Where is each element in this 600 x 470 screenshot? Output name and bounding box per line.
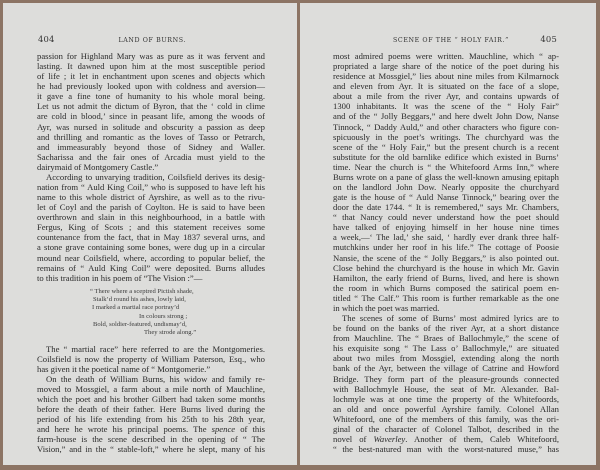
text-line: “ the best-natured man with the worst-na…: [333, 444, 559, 454]
text-line: with Ballochmyle House, the seat of Mr. …: [333, 384, 559, 394]
text-line: and of the “ Jolly Beggars,” and here dw…: [333, 111, 559, 121]
text-line: door the date 1744. “ It is remembered,”…: [333, 202, 559, 212]
text-line: an old and once powerful Ayrshire family…: [333, 404, 559, 414]
text-line: The scenes of some of Burns’ most admire…: [333, 313, 559, 323]
page-number: 404: [38, 34, 55, 44]
text-line: on the landlord John Dow. Nearly opposit…: [333, 182, 559, 192]
text-line: which the poet and his brother Gilbert h…: [37, 394, 265, 404]
text-line: his exquisite song “ The Lass o’ Balloch…: [333, 343, 559, 353]
text-line: and eleven from Ayr. It is situated on t…: [333, 81, 559, 91]
text-line: a stone grave containing some bones, wer…: [37, 242, 265, 252]
text-line: remains of “ Auld King Coil” were deposi…: [37, 263, 265, 273]
left-page: 404 LAND OF BURNS. passion for Highland …: [3, 3, 297, 465]
verse-line: Stalk’d round his ashes, lowly laid,: [37, 296, 265, 304]
text-line: about a mile from the river Ayr, and con…: [333, 91, 559, 101]
verse-line: I marked a martial race portray’d: [37, 304, 265, 312]
text-line: from Mauchline. The “ Braes of Ballochmy…: [333, 333, 559, 343]
italic-word: spence: [212, 424, 235, 434]
text-line: lochmyle was at one time the property of…: [333, 394, 559, 404]
text-line: of life ; it let in enchantment upon sce…: [37, 71, 265, 81]
text-line: residence at Mossgiel,” lies about nine …: [333, 71, 559, 81]
verse-line: They strode along.”: [37, 329, 265, 337]
text-block: The “ martial race” here referred to are…: [37, 344, 265, 455]
text-block: most admired poems were written. Mauchli…: [333, 51, 559, 454]
text-line: bank of the Ayr, between the village of …: [333, 363, 559, 373]
text-line: countenance from the fact, that in May 1…: [37, 232, 265, 242]
text-line: Tinnock, “ Daddy Auld,” and other charac…: [333, 122, 559, 132]
text-line: in which the poet was married.: [333, 303, 559, 313]
text-line: let of Coyl and the parish of Coylton. H…: [37, 202, 265, 212]
text-line: The “ martial race” here referred to are…: [37, 344, 265, 354]
text-line: Let us not admit the dictum of Byron, th…: [37, 101, 265, 111]
text-line: Close behind the churchyard is the house…: [333, 263, 559, 273]
text-line: he had previously looked upon with coldn…: [37, 81, 265, 91]
text-line: most admired poems were written. Mauchli…: [333, 51, 559, 61]
running-head: SCENE OF THE “ HOLY FAIR.”: [393, 37, 509, 44]
text-line: gate is the house of “ Auld Nanse Tinnoc…: [333, 192, 559, 202]
text-line: are cold in blood,’ since in peasant lif…: [37, 111, 265, 121]
text-line: Vision,” and in the “ stable-loft,” wher…: [37, 444, 265, 454]
text-line: On the death of William Burns, his widow…: [37, 374, 265, 384]
running-head: LAND OF BURNS.: [119, 37, 187, 44]
text-line: mutchkins under her roof in his life.” T…: [333, 242, 559, 252]
text-line: scene of the “ Holy Fair,” but the prese…: [333, 142, 559, 152]
text-block: passion for Highland Mary was as pure as…: [37, 51, 265, 283]
text-line: According to unvarying tradition, Coilsf…: [37, 172, 265, 182]
left-page-header: 404 LAND OF BURNS.: [38, 34, 264, 44]
text-line: about two miles from Mossgiel, extending…: [333, 353, 559, 363]
text-line: “ that Nancy could never understand how …: [333, 212, 559, 222]
text-line: before the death of their father. Here B…: [37, 404, 265, 414]
text-line: spicuously in the poet’s writings. The c…: [333, 132, 559, 142]
verse-quotation: “ There where a sceptred Pictish shade,S…: [37, 288, 265, 338]
right-page-header: SCENE OF THE “ HOLY FAIR.” 405: [333, 34, 557, 44]
right-page: SCENE OF THE “ HOLY FAIR.” 405 most admi…: [300, 3, 596, 465]
text-line: have talked of enjoying himself in her h…: [333, 222, 559, 232]
text-line: time. Near the church is “ the Whitefoor…: [333, 162, 559, 172]
text-line: Hamilton, the early friend of Burns, liv…: [333, 273, 559, 283]
text-line: novel of Waverley. Another of them, Cale…: [333, 434, 559, 444]
text-line: period of his life extending from his 25…: [37, 414, 265, 424]
text-line: propriated a large share of the notice o…: [333, 61, 559, 71]
text-line: dairymaid of Montgomery Castle.”: [37, 162, 265, 172]
text-line: and immeasurably beyond those of Sidney …: [37, 142, 265, 152]
text-line: be found on the banks of the river Ayr, …: [333, 323, 559, 333]
text-line: and here he wrote his principal poems. T…: [37, 424, 265, 434]
text-line: Bridge. They form part of the pleasure-g…: [333, 374, 559, 384]
right-page-body: most admired poems were written. Mauchli…: [333, 51, 559, 454]
text-line: Burns wrote on a pane of glass the well-…: [333, 172, 559, 182]
text-line: passion for Highland Mary was as pure as…: [37, 51, 265, 61]
text-line: titled “ The Calf.” This room is further…: [333, 293, 559, 303]
text-line: to this tradition in his poem of “The Vi…: [37, 273, 265, 283]
text-line: farm-house is the scene described in the…: [37, 434, 265, 444]
text-line: the room in which Burns composed the sat…: [333, 283, 559, 293]
text-line: 1300 inhabitants. It was the scene of th…: [333, 101, 559, 111]
text-line: Sacharissa and the fair ones of Arcadia …: [37, 152, 265, 162]
text-line: moved to Mossgiel, a farm about a mile n…: [37, 384, 265, 394]
text-line: substitute for the old barnlike edifice …: [333, 152, 559, 162]
italic-word: Waverley: [373, 434, 405, 444]
text-line: it gave a fine tone of humanity to his w…: [37, 91, 265, 101]
text-line: has given it the poetical name of “ Mont…: [37, 364, 265, 374]
text-line: and thrilling and romantic as the loves …: [37, 132, 265, 142]
text-line: ginal of the character of Colonel Talbot…: [333, 424, 559, 434]
text-line: mound near Coilsfield, where, according …: [37, 253, 265, 263]
page-number: 405: [540, 34, 557, 44]
text-line: name to this whole district of Ayrshire,…: [37, 192, 265, 202]
text-line: Coilsfield is now the property of Willia…: [37, 354, 265, 364]
text-line: overthrown and slain in this neighbourho…: [37, 212, 265, 222]
text-line: Ayr, was nursed in solitude and obscurit…: [37, 122, 265, 132]
verse-line: In colours strong ;: [37, 313, 265, 321]
text-line: a week,—‘ The lad,’ she said, ‘ hardly e…: [333, 232, 559, 242]
verse-line: Bold, soldier-featured, undismay’d,: [37, 321, 265, 329]
verse-line: “ There where a sceptred Pictish shade,: [37, 288, 265, 296]
text-line: Fergus, King of Scots ; and this stateme…: [37, 222, 265, 232]
text-line: nation from “ Auld King Coil,” who is su…: [37, 182, 265, 192]
text-line: Whitefoord, one of the members of this f…: [333, 414, 559, 424]
text-line: Nansie, the scene of the “ Jolly Beggars…: [333, 253, 559, 263]
left-page-body: passion for Highland Mary was as pure as…: [37, 51, 265, 454]
text-line: lasting. It dawned upon him at the most …: [37, 61, 265, 71]
